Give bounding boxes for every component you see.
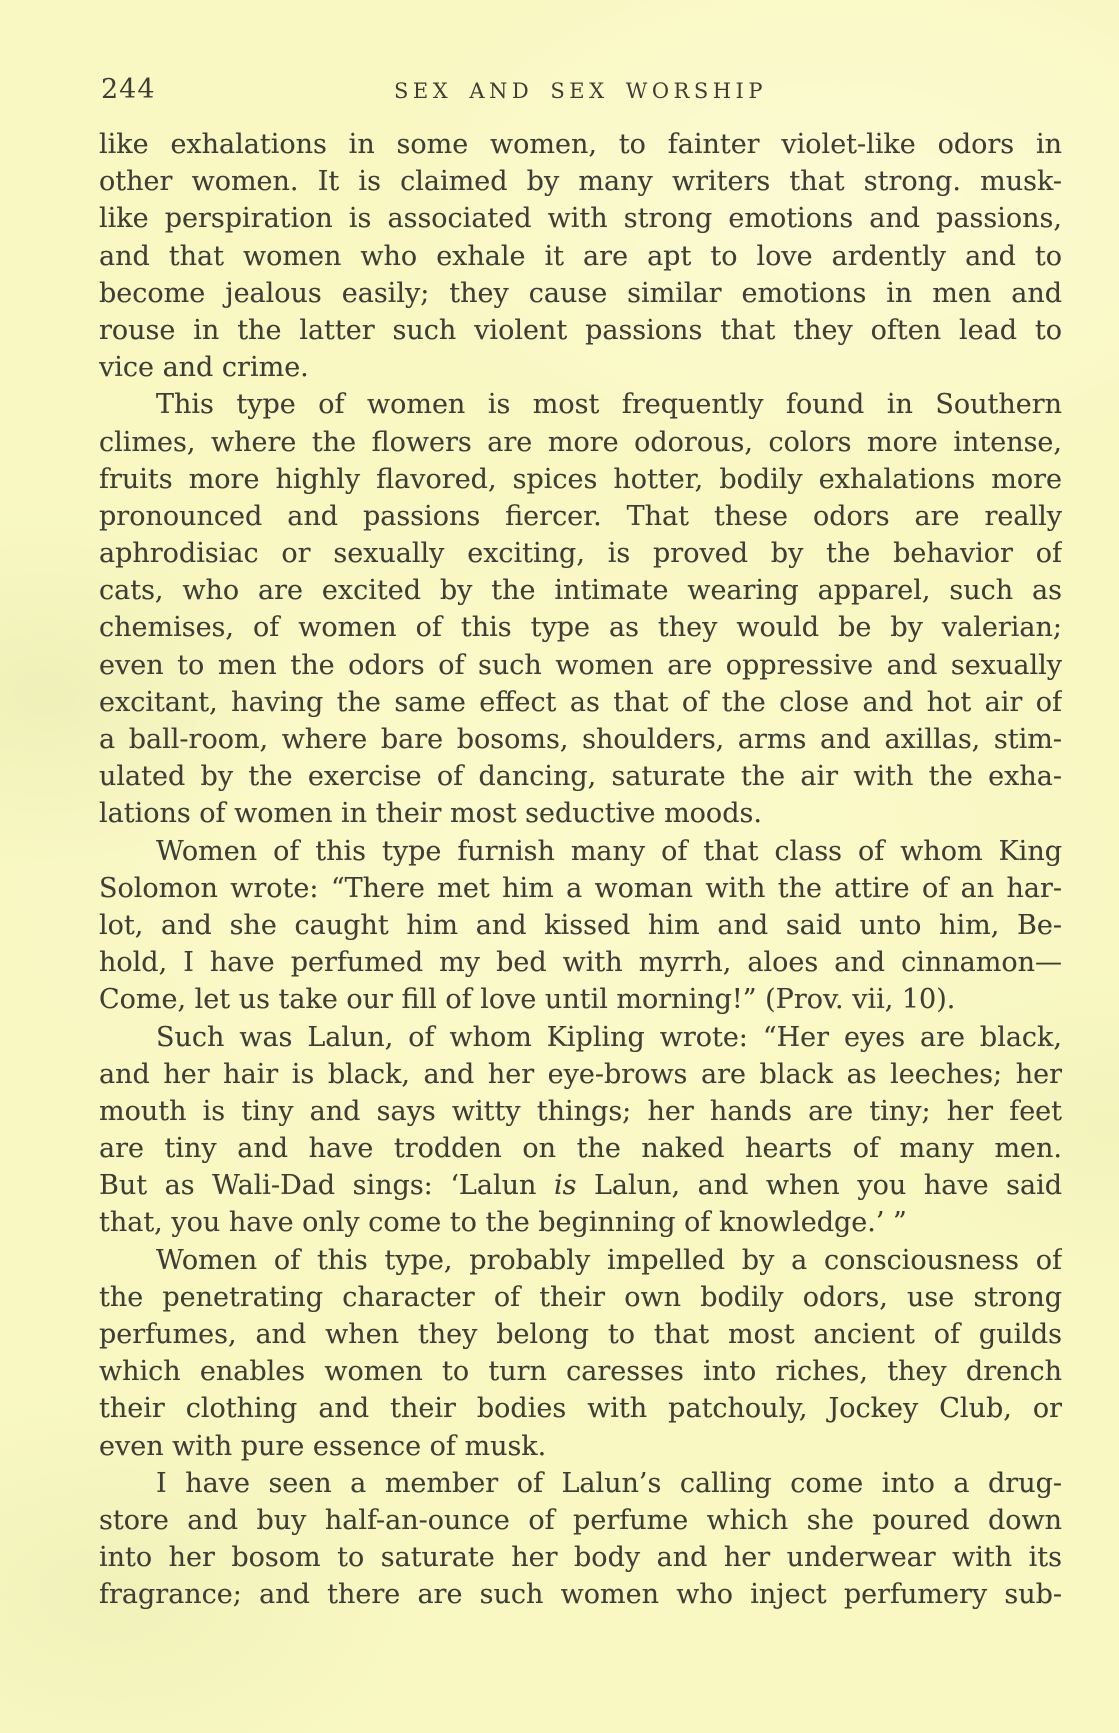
text-line: and her hair is black, and her eye-brows… <box>99 1056 1062 1093</box>
text-line: which enables women to turn caresses int… <box>99 1353 1062 1390</box>
text-line: Solomon wrote: “There met him a woman wi… <box>99 870 1062 907</box>
text-line: a ball-room, where bare bosoms, shoulder… <box>99 721 1062 758</box>
page-header: 244 SEX AND SEX WORSHIP <box>99 74 1062 108</box>
text-line: and that women who exhale it are apt to … <box>99 238 1062 275</box>
text-segment: But as Wali-Dad sings: ‘Lalun <box>99 1170 554 1201</box>
text-line: Women of this type furnish many of that … <box>99 833 1062 870</box>
page-number: 244 <box>101 74 156 105</box>
text-line: excitant, having the same effect as that… <box>99 684 1062 721</box>
text-line: become jealous easily; they cause simila… <box>99 275 1062 312</box>
text-line: This type of women is most frequently fo… <box>99 386 1062 423</box>
text-line: climes, where the flowers are more odoro… <box>99 424 1062 461</box>
text-line: fragrance; and there are such women who … <box>99 1576 1062 1613</box>
text-line: Come, let us take our fill of love until… <box>99 981 1062 1018</box>
text-segment: Lalun, and when you have said <box>576 1170 1062 1201</box>
text-line: even with pure essence of musk. <box>99 1428 1062 1465</box>
text-line: rouse in the latter such violent passion… <box>99 312 1062 349</box>
text-line: lot, and she caught him and kissed him a… <box>99 907 1062 944</box>
italic-text: is <box>554 1170 577 1201</box>
running-header: SEX AND SEX WORSHIP <box>99 74 1062 103</box>
text-line: perfumes, and when they belong to that m… <box>99 1316 1062 1353</box>
text-line: the penetrating character of their own b… <box>99 1279 1062 1316</box>
text-line: even to men the odors of such women are … <box>99 647 1062 684</box>
text-line: ulated by the exercise of dancing, satur… <box>99 758 1062 795</box>
text-line: fruits more highly flavored, spices hott… <box>99 461 1062 498</box>
text-line: their clothing and their bodies with pat… <box>99 1390 1062 1427</box>
text-block: like exhalations in some women, to faint… <box>99 126 1062 1614</box>
text-line: Such was Lalun, of whom Kipling wrote: “… <box>99 1019 1062 1056</box>
text-line: chemises, of women of this type as they … <box>99 609 1062 646</box>
text-line: But as Wali-Dad sings: ‘Lalun is Lalun, … <box>99 1167 1062 1204</box>
text-line: like exhalations in some women, to faint… <box>99 126 1062 163</box>
text-line: I have seen a member of Lalun’s calling … <box>99 1465 1062 1502</box>
text-line: store and buy half-an-ounce of perfume w… <box>99 1502 1062 1539</box>
text-line: pronounced and passions fiercer. That th… <box>99 498 1062 535</box>
text-line: aphrodisiac or sexually exciting, is pro… <box>99 535 1062 572</box>
text-line: into her bosom to saturate her body and … <box>99 1539 1062 1576</box>
text-line: vice and crime. <box>99 349 1062 386</box>
text-line: Women of this type, probably impelled by… <box>99 1242 1062 1279</box>
text-line: mouth is tiny and says witty things; her… <box>99 1093 1062 1130</box>
text-line: cats, who are excited by the intimate we… <box>99 572 1062 609</box>
text-line: that, you have only come to the beginnin… <box>99 1204 1062 1241</box>
text-line: hold, I have perfumed my bed with myrrh,… <box>99 944 1062 981</box>
text-line: lations of women in their most seductive… <box>99 795 1062 832</box>
text-line: other women. It is claimed by many write… <box>99 163 1062 200</box>
text-line: are tiny and have trodden on the naked h… <box>99 1130 1062 1167</box>
text-line: like perspiration is associated with str… <box>99 200 1062 237</box>
scanned-book-page: 244 SEX AND SEX WORSHIP like exhalations… <box>0 0 1119 1733</box>
